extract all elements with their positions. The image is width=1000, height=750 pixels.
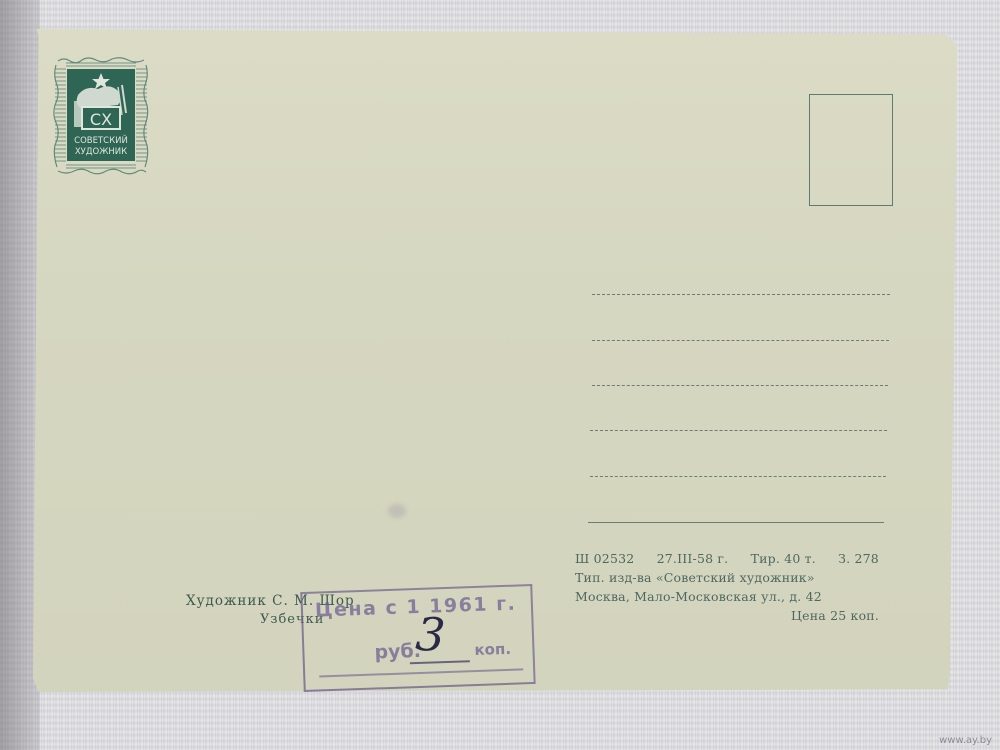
imprint-price: Цена 25 коп.	[575, 606, 879, 625]
address-line	[592, 340, 889, 341]
address-line	[590, 476, 886, 477]
print-date: 27.III-58 г.	[657, 549, 729, 568]
ink-smudge	[388, 504, 406, 518]
print-run: Тир. 40 т.	[751, 549, 816, 568]
imprint-line-1: Ш 02532 27.III-58 г. Тир. 40 т. З. 278	[575, 549, 879, 568]
stamp-inner-rule	[319, 668, 523, 677]
svg-text:СХ: СХ	[90, 110, 112, 129]
address-line	[588, 522, 884, 523]
price-rubber-stamp: Цена с 1 1961 г. руб. коп. 3	[300, 584, 535, 692]
handwritten-price: 3	[414, 607, 447, 663]
imprint-publisher: Тип. изд-ва «Советский художник»	[575, 568, 879, 587]
sovetsky-khudozhnik-logo-icon: СХ СОВЕТСКИЙ ХУДОЖНИК	[52, 55, 150, 177]
svg-text:ХУДОЖНИК: ХУДОЖНИК	[75, 147, 127, 157]
address-line	[592, 294, 890, 295]
address-line	[590, 430, 887, 431]
catalog-number: Ш 02532	[575, 549, 634, 568]
publisher-imprint: Ш 02532 27.III-58 г. Тир. 40 т. З. 278 Т…	[575, 549, 879, 625]
stamp-price-date: Цена с 1 1961 г.	[315, 593, 517, 622]
imprint-address: Москва, Мало-Московская ул., д. 42	[575, 587, 879, 606]
svg-text:СОВЕТСКИЙ: СОВЕТСКИЙ	[74, 134, 128, 146]
stamp-kop-label: коп.	[474, 640, 511, 659]
address-line	[592, 385, 888, 386]
order-number: З. 278	[838, 549, 879, 568]
watermark: www.ay.by	[939, 735, 992, 746]
stamp-placeholder-box	[809, 94, 893, 206]
